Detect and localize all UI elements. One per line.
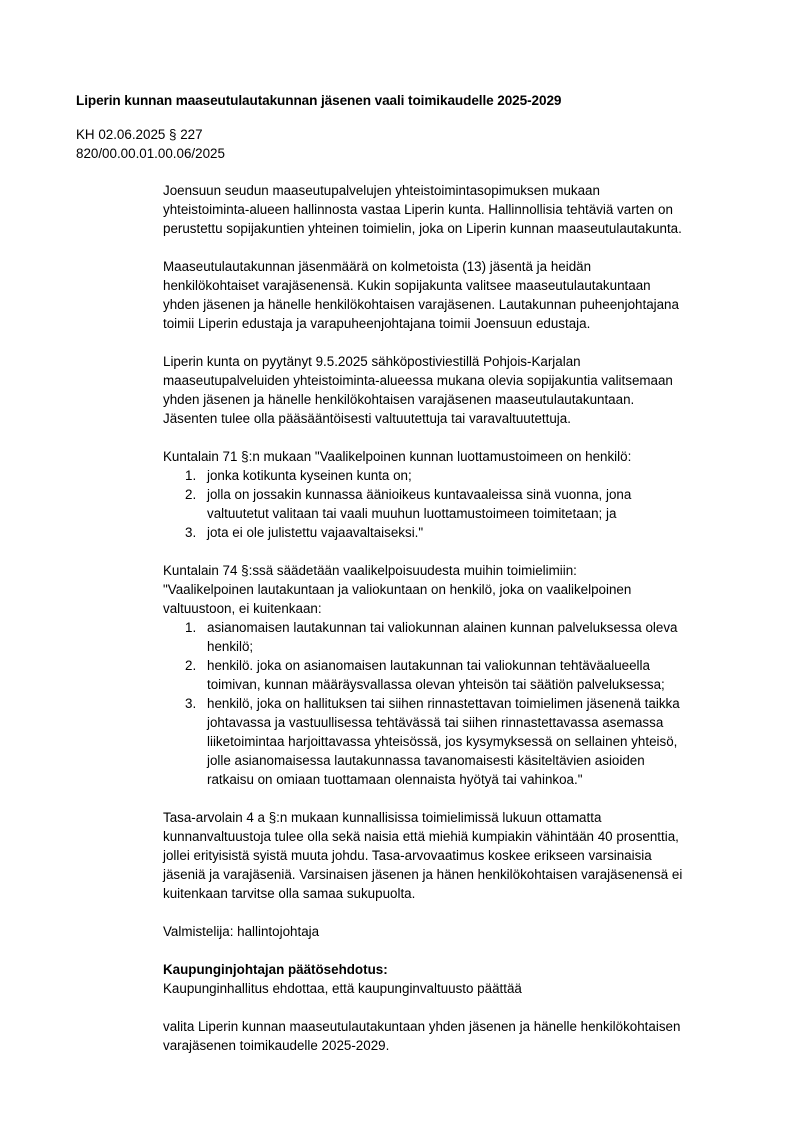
record-id: 820/00.00.01.00.06/2025 — [76, 144, 225, 163]
text-line: yhden jäsenen ja hänelle henkilökohtaise… — [163, 390, 743, 409]
text-line: Maaseutulautakunnan jäsenmäärä on kolmet… — [163, 257, 743, 276]
text-line: maaseutupalveluiden yhteistoiminta-aluee… — [163, 371, 743, 390]
text-line: kuitenkaan tarvitse olla samaa sukupuolt… — [163, 884, 743, 903]
proposal-heading: Kaupunginjohtajan päätösehdotus: — [163, 960, 743, 979]
list-item: 1. asianomaisen lautakunnan tai valiokun… — [163, 618, 743, 656]
text-line: yhteistoiminta-alueen hallinnosta vastaa… — [163, 200, 743, 219]
law-74-list: 1. asianomaisen lautakunnan tai valiokun… — [163, 618, 743, 789]
text-line: toimivan, kunnan määräysvallassa olevan … — [207, 675, 743, 694]
document-title: Liperin kunnan maaseutulautakunnan jäsen… — [76, 91, 561, 110]
paragraph-membership: Maaseutulautakunnan jäsenmäärä on kolmet… — [163, 257, 743, 333]
law-74-intro: Kuntalain 74 §:ssä säädetään vaalikelpoi… — [163, 561, 743, 580]
list-number: 3. — [185, 523, 196, 542]
text-line: henkilö, joka on hallituksen tai siihen … — [207, 694, 743, 713]
text-line: liiketoimintaa harjoittavassa yhteisössä… — [207, 732, 743, 751]
text-line: johtavassa ja vastuullisessa tehtävässä … — [207, 713, 743, 732]
preparer: Valmistelija: hallintojohtaja — [163, 922, 743, 941]
text-line: perustettu sopijakuntien yhteinen toimie… — [163, 219, 743, 238]
paragraph-preparer: Valmistelija: hallintojohtaja — [163, 922, 743, 941]
list-number: 2. — [185, 485, 196, 504]
text-line: jolle asianomaisessa lautakunnassa tavan… — [207, 751, 743, 770]
text-line: Joensuun seudun maaseutupalvelujen yhtei… — [163, 181, 743, 200]
text-line: valita Liperin kunnan maaseutulautakunta… — [163, 1017, 743, 1036]
text-line: jonka kotikunta kyseinen kunta on; — [207, 466, 743, 485]
text-line: Liperin kunta on pyytänyt 9.5.2025 sähkö… — [163, 352, 743, 371]
document-body: Joensuun seudun maaseutupalvelujen yhtei… — [163, 181, 743, 1074]
paragraph-equality: Tasa-arvolain 4 a §:n mukaan kunnallisis… — [163, 808, 743, 903]
law-74-intro: valtuustoon, ei kuitenkaan: — [163, 599, 743, 618]
section-law-71: Kuntalain 71 §:n mukaan "Vaalikelpoinen … — [163, 447, 743, 542]
proposal-text: Kaupunginhallitus ehdottaa, että kaupung… — [163, 979, 743, 998]
text-line: valtuutetut valitaan tai vaali muuhun lu… — [207, 504, 743, 523]
law-71-intro: Kuntalain 71 §:n mukaan "Vaalikelpoinen … — [163, 447, 743, 466]
text-line: jäseniä ja varajäseniä. Varsinaisen jäse… — [163, 865, 743, 884]
paragraph-cooperation: Joensuun seudun maaseutupalvelujen yhtei… — [163, 181, 743, 238]
text-line: Tasa-arvolain 4 a §:n mukaan kunnallisis… — [163, 808, 743, 827]
text-line: jolla on jossakin kunnassa äänioikeus ku… — [207, 485, 743, 504]
document-page: Liperin kunnan maaseutulautakunnan jäsen… — [0, 0, 794, 1122]
text-line: asianomaisen lautakunnan tai valiokunnan… — [207, 618, 743, 637]
meeting-reference: KH 02.06.2025 § 227 — [76, 125, 225, 144]
text-line: Jäsenten tulee olla pääsääntöisesti valt… — [163, 409, 743, 428]
list-number: 2. — [185, 656, 196, 675]
section-proposal: Kaupunginjohtajan päätösehdotus: Kaupung… — [163, 960, 743, 998]
text-line: yhden jäsenen ja hänelle henkilökohtaise… — [163, 295, 743, 314]
proposal-decision: valita Liperin kunnan maaseutulautakunta… — [163, 1017, 743, 1055]
list-item: 3. jota ei ole julistettu vajaavaltaisek… — [163, 523, 743, 542]
text-line: henkilökohtaiset varajäsenensä. Kukin so… — [163, 276, 743, 295]
text-line: ratkaisu on omiaan tuottamaan olennaista… — [207, 770, 743, 789]
document-meta: KH 02.06.2025 § 227 820/00.00.01.00.06/2… — [76, 125, 225, 163]
list-number: 1. — [185, 466, 196, 485]
text-line: kunnanvaltuustoja tulee olla sekä naisia… — [163, 827, 743, 846]
text-line: henkilö; — [207, 637, 743, 656]
law-74-intro: "Vaalikelpoinen lautakuntaan ja valiokun… — [163, 580, 743, 599]
text-line: jota ei ole julistettu vajaavaltaiseksi.… — [207, 523, 743, 542]
text-line: varajäsenen toimikaudelle 2025-2029. — [163, 1036, 743, 1055]
list-item: 3. henkilö, joka on hallituksen tai siih… — [163, 694, 743, 789]
section-law-74: Kuntalain 74 §:ssä säädetään vaalikelpoi… — [163, 561, 743, 789]
list-number: 1. — [185, 618, 196, 637]
paragraph-request: Liperin kunta on pyytänyt 9.5.2025 sähkö… — [163, 352, 743, 428]
text-line: henkilö. joka on asianomaisen lautakunna… — [207, 656, 743, 675]
text-line: toimii Liperin edustaja ja varapuheenjoh… — [163, 314, 743, 333]
list-item: 2. henkilö. joka on asianomaisen lautaku… — [163, 656, 743, 694]
law-71-list: 1. jonka kotikunta kyseinen kunta on; 2.… — [163, 466, 743, 542]
list-item: 1. jonka kotikunta kyseinen kunta on; — [163, 466, 743, 485]
text-line: jollei erityisistä syistä muuta johdu. T… — [163, 846, 743, 865]
list-item: 2. jolla on jossakin kunnassa äänioikeus… — [163, 485, 743, 523]
list-number: 3. — [185, 694, 196, 713]
